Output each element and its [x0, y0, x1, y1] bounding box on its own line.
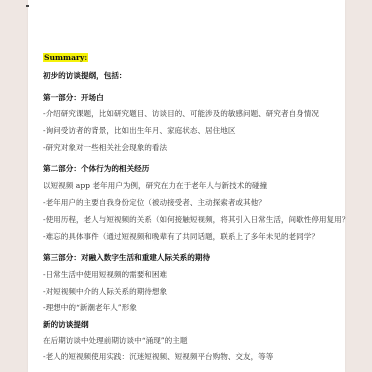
- list-item: -老年用户的主要自我身份定位（被动接受者、主动探索者或其他？: [43, 198, 266, 208]
- section-heading-4: 新的访谈提纲: [43, 320, 89, 330]
- summary-label-line: Summary:: [43, 53, 88, 63]
- list-item: 在后期访谈中处理前期访谈中“涌现”的主题: [43, 336, 187, 346]
- section-heading-3: 第三部分：对融入数字生活和重建人际关系的期待: [43, 253, 210, 263]
- list-item: -理想中的“新潮老年人”形象: [43, 303, 137, 313]
- section-heading-1: 第一部分：开场白: [43, 93, 104, 103]
- list-item: -对短视频中介的人际关系的期待想象: [43, 287, 167, 297]
- intro-text: 初步的访谈提纲，包括：: [43, 71, 127, 81]
- list-item: -研究对象对一些相关社会现象的看法: [43, 143, 167, 153]
- summary-label: Summary:: [43, 53, 88, 62]
- list-item: -使用历程，老人与短视频的关系（如何接触短视频，将其引入日常生活，间歇性停用复用…: [43, 215, 349, 225]
- list-item: -难忘的具体事件（通过短视频和晚辈有了共同话题，联系上了多年未见的老同学？: [43, 232, 319, 242]
- list-item: -老人的短视频使用实践：沉迷短视频、短视频平台购物、交友，等等: [43, 352, 273, 362]
- section-heading-2: 第二部分：个体行为的相关经历: [43, 164, 149, 174]
- list-item: -介绍研究课题，比如研究题目、访谈目的、可能涉及的敏感问题、研究者自身情况: [43, 109, 319, 119]
- list-item: 以短视频 app 老年用户为例，研究在力在于老年人与新技术的碰撞: [43, 181, 267, 191]
- list-item: -日常生活中使用短视频的需要和困难: [43, 270, 167, 280]
- list-item: -询问受访者的背景，比如出生年月、家庭状态、居住地区: [43, 126, 235, 136]
- cursor-mark: [26, 5, 29, 7]
